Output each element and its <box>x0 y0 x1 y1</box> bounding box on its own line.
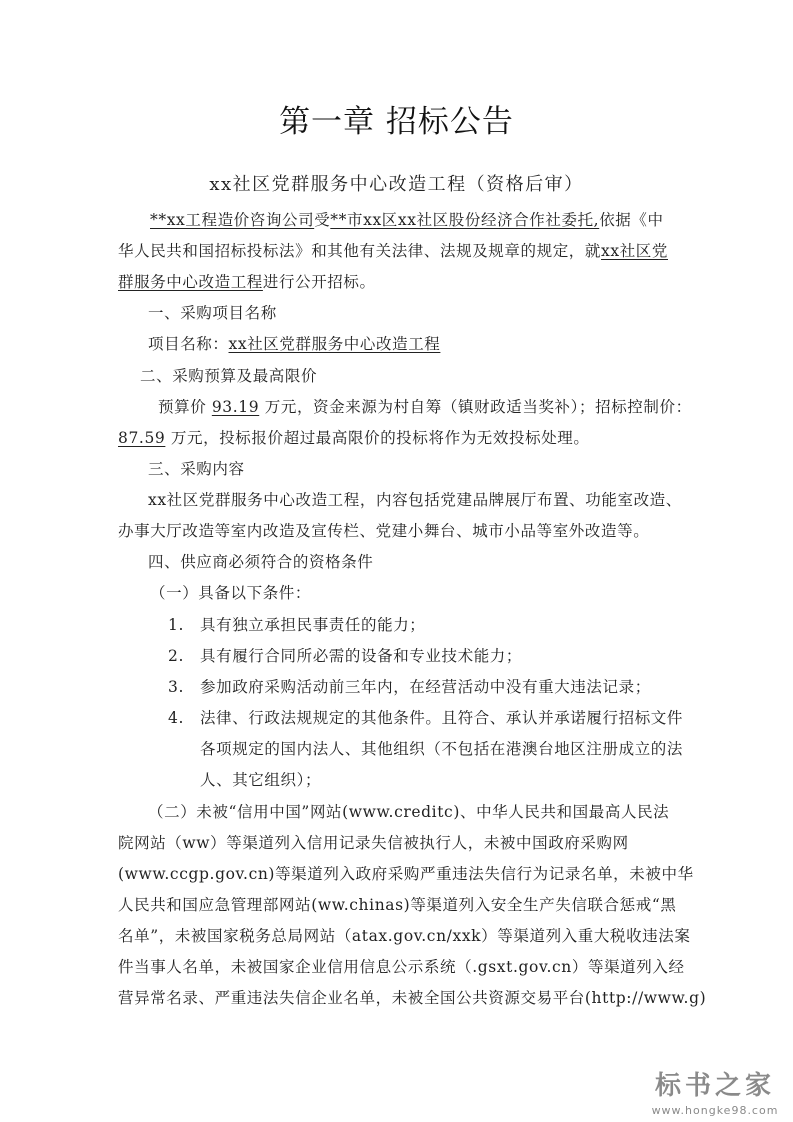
client-name: **市xx区xx社区股份经济合作社委托, <box>330 211 599 229</box>
section-4-heading: 四、供应商必须符合的资格条件 <box>148 552 373 572</box>
watermark-logo-text: 标书之家 <box>640 1065 790 1102</box>
intro-text: 进行公开招标。 <box>263 273 376 291</box>
item-text: 参加政府采购活动前三年内，在经营活动中没有重大违法记录； <box>200 678 651 696</box>
budget-text: 万元，资金来源为村自筹（镇财政适当奖补）；招标控制价： <box>265 398 692 416</box>
subsection-2-line: 名单”，未被国家税务总局网站（atax.gov.cn/xxk）等渠道列入重大税收… <box>118 926 690 946</box>
item-number: 4. <box>168 708 200 728</box>
project-name-label: 项目名称： <box>148 335 229 353</box>
project-name-ref: xx社区党 <box>601 242 668 260</box>
control-price-value: 87.59 <box>118 429 165 447</box>
item-text: 具有履行合同所必需的设备和专业技术能力； <box>200 647 522 665</box>
subsection-1-heading: （一）具备以下条件： <box>150 583 311 603</box>
requirement-item-continued: 人、其它组织）； <box>200 770 321 790</box>
budget-line-2: 87.59 万元，投标报价超过最高限价的投标将作为无效投标处理。 <box>118 428 590 448</box>
section-2-heading: 二、采购预算及最高限价 <box>140 366 317 386</box>
subsection-2-line: (www.ccgp.gov.cn)等渠道列入政府采购严重违法失信行为记录名单，未… <box>118 864 694 884</box>
site-watermark: 标书之家 www.hongke98.com <box>640 1065 790 1117</box>
project-name-ref: 群服务中心改造工程 <box>118 273 263 291</box>
item-number: 3. <box>168 677 200 697</box>
section-3-heading: 三、采购内容 <box>148 459 245 479</box>
requirement-item: 1.具有独立承担民事责任的能力； <box>168 615 425 635</box>
item-text: 法律、行政法规规定的其他条件。且符合、承认并承诺履行招标文件 <box>200 709 683 727</box>
requirement-item: 2.具有履行合同所必需的设备和专业技术能力； <box>168 646 522 666</box>
intro-line-1: **xx工程造价咨询公司受**市xx区xx社区股份经济合作社委托,依据《中 <box>150 210 664 230</box>
document-page: 第一章 招标公告 xx社区党群服务中心改造工程（资格后审） **xx工程造价咨询… <box>0 0 793 1122</box>
budget-line-1: 预算价 93.19 万元，资金来源为村自筹（镇财政适当奖补）；招标控制价： <box>158 397 692 417</box>
item-number: 2. <box>168 646 200 666</box>
intro-line-3: 群服务中心改造工程进行公开招标。 <box>118 272 376 292</box>
content-line-1: xx社区党群服务中心改造工程，内容包括党建品牌展厅布置、功能室改造、 <box>148 490 682 510</box>
project-name-value: xx社区党群服务中心改造工程 <box>229 335 441 353</box>
requirement-item: 4.法律、行政法规规定的其他条件。且符合、承认并承诺履行招标文件 <box>168 708 683 728</box>
budget-label: 预算价 <box>158 398 206 416</box>
budget-value: 93.19 <box>212 398 259 416</box>
intro-text: 华人民共和国招标投标法》和其他有关法律、法规及规章的规定，就 <box>118 242 601 260</box>
control-price-text: 万元，投标报价超过最高限价的投标将作为无效投标处理。 <box>171 429 590 447</box>
project-name-line: 项目名称：xx社区党群服务中心改造工程 <box>148 334 440 354</box>
subsection-2-line: （二）未被“信用中国”网站(www.creditc)、中华人民共和国最高人民法 <box>148 802 669 822</box>
requirement-item: 3.参加政府采购活动前三年内，在经营活动中没有重大违法记录； <box>168 677 651 697</box>
item-number: 1. <box>168 615 200 635</box>
project-subtitle: xx社区党群服务中心改造工程（资格后审） <box>0 170 793 196</box>
watermark-url: www.hongke98.com <box>640 1104 790 1117</box>
intro-line-2: 华人民共和国招标投标法》和其他有关法律、法规及规章的规定，就xx社区党 <box>118 241 668 261</box>
subsection-2-line: 营异常名录、严重违法失信企业名单，未被全国公共资源交易平台(http://www… <box>118 988 706 1008</box>
intro-text: 受 <box>314 211 330 229</box>
agency-name: **xx工程造价咨询公司 <box>150 211 314 229</box>
subsection-2-line: 人民共和国应急管理部网站(ww.chinas)等渠道列入安全生产失信联合惩戒“黑 <box>118 895 676 915</box>
intro-text: 依据《中 <box>599 211 663 229</box>
subsection-2-line: 件当事人名单，未被国家企业信用信息公示系统（.gsxt.gov.cn）等渠道列入… <box>118 957 685 977</box>
chapter-title: 第一章 招标公告 <box>0 96 793 141</box>
section-1-heading: 一、采购项目名称 <box>148 303 277 323</box>
subsection-2-line: 院网站（ww）等渠道列入信用记录失信被执行人，未被中国政府采购网 <box>118 833 629 853</box>
item-text: 具有独立承担民事责任的能力； <box>200 616 425 634</box>
content-line-2: 办事大厅改造等室内改造及宣传栏、党建小舞台、城市小品等室外改造等。 <box>118 521 649 541</box>
requirement-item-continued: 各项规定的国内法人、其他组织（不包括在港澳台地区注册成立的法 <box>200 739 683 759</box>
